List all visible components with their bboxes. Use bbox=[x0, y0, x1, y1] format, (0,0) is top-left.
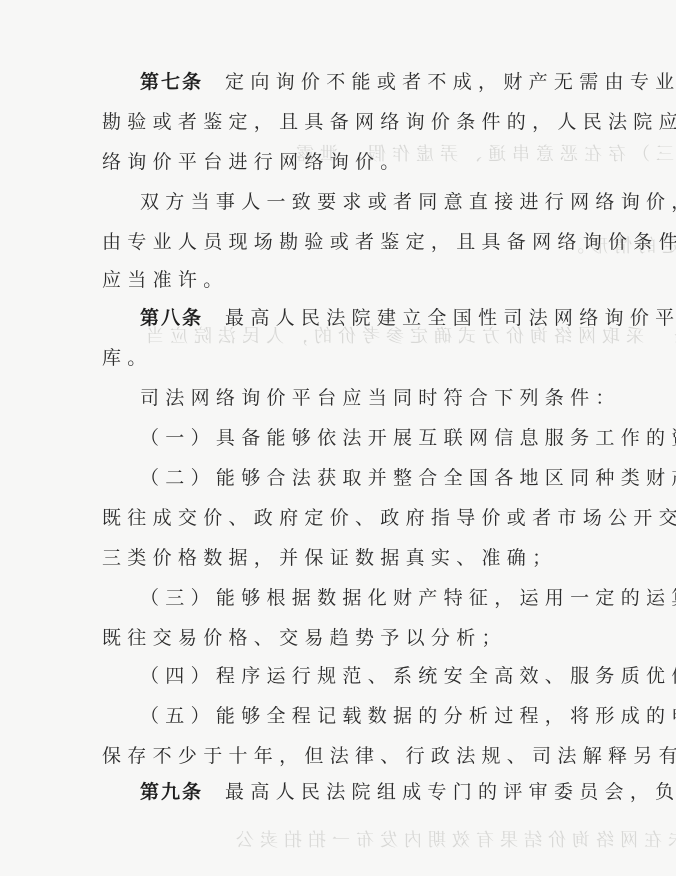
article-7-line-1: 第七条定向询价不能或者不成，财产无需由专业人员现场 bbox=[140, 70, 640, 94]
article-8-heading: 第八条 bbox=[140, 307, 203, 329]
article-8-text: 最高人民法院建立全国性司法网络询价平台名单 bbox=[225, 307, 676, 329]
article-7-heading: 第七条 bbox=[140, 71, 203, 93]
article-7-para2-line-3: 应当准许。 bbox=[102, 268, 602, 292]
bleed-through-text: 人民法院未在网络询价结果有效期内发布一拍拍卖公 bbox=[230, 826, 676, 852]
article-7-para2-line-1: 双方当事人一致要求或者同意直接进行网络询价，财产无需 bbox=[140, 190, 640, 214]
condition-5-line-1: （五）能够全程记载数据的分析过程，将形成的电子数据完整 bbox=[140, 704, 640, 728]
article-7-line-2: 勘验或者鉴定，且具备网络询价条件的，人民法院应当通过司法网 bbox=[102, 110, 602, 134]
condition-2-line-2: 既往成交价、政府定价、政府指导价或者市场公开交易价等不少于 bbox=[102, 506, 602, 530]
document-page: （三）存在恶意串通、弄虚作假、泄露 定的情形。 第十条 采取网络询价方式确定参考… bbox=[0, 0, 676, 876]
condition-1: （一）具备能够依法开展互联网信息服务工作的资质； bbox=[140, 426, 640, 450]
condition-3-line-1: （三）能够根据数据化财产特征，运用一定的运算规则对市场 bbox=[140, 586, 640, 610]
condition-3-line-2: 既往交易价格、交易趋势予以分析； bbox=[102, 626, 602, 650]
article-9-heading: 第九条 bbox=[140, 781, 203, 803]
article-9-line-1: 第九条最高人民法院组成专门的评审委员会，负责司法网 bbox=[140, 780, 640, 804]
article-8-line-2: 库。 bbox=[102, 346, 602, 370]
article-8-intro: 司法网络询价平台应当同时符合下列条件： bbox=[140, 386, 640, 410]
article-7-para2-line-2: 由专业人员现场勘验或者鉴定，且具备网络询价条件的，人民法院 bbox=[102, 230, 602, 254]
article-7-line-3: 络询价平台进行网络询价。 bbox=[102, 150, 602, 174]
condition-5-line-2: 保存不少于十年，但法律、行政法规、司法解释另有规定的除外。 bbox=[102, 744, 602, 768]
article-8-line-1: 第八条最高人民法院建立全国性司法网络询价平台名单 bbox=[140, 306, 640, 330]
article-9-text: 最高人民法院组成专门的评审委员会，负责司法网 bbox=[225, 781, 676, 803]
condition-4: （四）程序运行规范、系统安全高效、服务质优价廉； bbox=[140, 664, 640, 688]
condition-2-line-1: （二）能够合法获取并整合全国各地区同种类财产一定时期的 bbox=[140, 466, 640, 490]
article-7-text: 定向询价不能或者不成，财产无需由专业人员现场 bbox=[225, 71, 676, 93]
condition-2-line-3: 三类价格数据，并保证数据真实、准确； bbox=[102, 546, 602, 570]
